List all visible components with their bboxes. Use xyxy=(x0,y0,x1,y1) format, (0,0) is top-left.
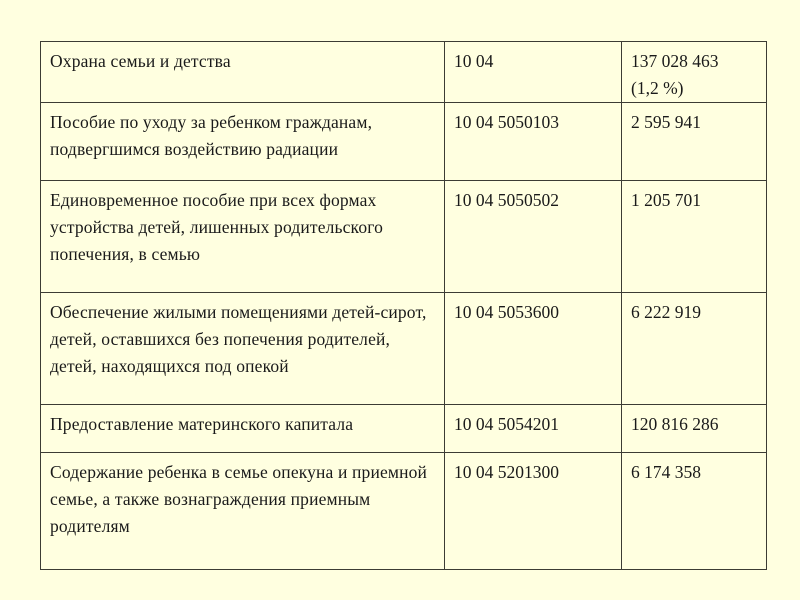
row-name-cell: Обеспечение жилыми помещениями детей-сир… xyxy=(41,293,445,405)
row-code-cell: 10 04 5054201 xyxy=(445,405,622,453)
row-name-cell: Охрана семьи и детства xyxy=(41,42,445,103)
row-name-cell: Предоставление материнского капитала xyxy=(41,405,445,453)
row-name-cell: Единовременное пособие при всех формах у… xyxy=(41,181,445,293)
table-row: Единовременное пособие при всех формах у… xyxy=(41,181,767,293)
row-code-cell: 10 04 xyxy=(445,42,622,103)
row-amount-cell: 2 595 941 xyxy=(622,103,767,181)
amount-value: 137 028 463 xyxy=(631,48,757,75)
table-row: Предоставление материнского капитала 10 … xyxy=(41,405,767,453)
table-row: Охрана семьи и детства 10 04 137 028 463… xyxy=(41,42,767,103)
row-amount-cell: 1 205 701 xyxy=(622,181,767,293)
budget-table: Охрана семьи и детства 10 04 137 028 463… xyxy=(40,41,767,570)
table-row: Содержание ребенка в семье опекуна и при… xyxy=(41,453,767,570)
row-code-cell: 10 04 5201300 xyxy=(445,453,622,570)
row-amount-cell: 137 028 463 (1,2 %) xyxy=(622,42,767,103)
row-name-cell: Пособие по уходу за ребенком гражданам, … xyxy=(41,103,445,181)
row-amount-cell: 6 222 919 xyxy=(622,293,767,405)
row-code-cell: 10 04 5050103 xyxy=(445,103,622,181)
row-amount-cell: 120 816 286 xyxy=(622,405,767,453)
table-row: Пособие по уходу за ребенком гражданам, … xyxy=(41,103,767,181)
row-name-cell: Содержание ребенка в семье опекуна и при… xyxy=(41,453,445,570)
table-row: Обеспечение жилыми помещениями детей-сир… xyxy=(41,293,767,405)
row-code-cell: 10 04 5050502 xyxy=(445,181,622,293)
amount-share-note: (1,2 %) xyxy=(631,75,757,102)
row-amount-cell: 6 174 358 xyxy=(622,453,767,570)
row-code-cell: 10 04 5053600 xyxy=(445,293,622,405)
